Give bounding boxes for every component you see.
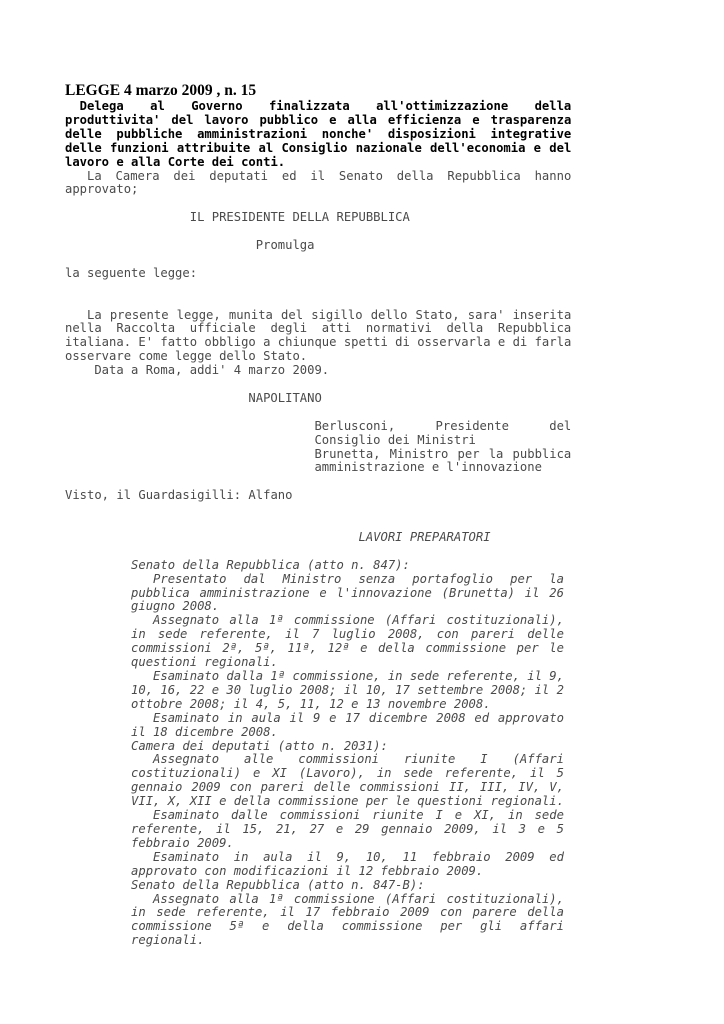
lavori-line: commissione 5ª e della commissione per g… <box>131 920 564 934</box>
lavori-line: approvato con modificazioni il 12 febbra… <box>131 865 564 879</box>
clause-line: La presente legge, munita del sigillo de… <box>65 309 571 323</box>
lavori-line: febbraio 2009. <box>131 837 564 851</box>
lavori-line: ottobre 2008; il 4, 5, 11, 12 e 13 novem… <box>131 698 564 712</box>
preamble-line: approvato; <box>65 183 571 197</box>
lavori-line: il 18 dicembre 2008. <box>131 726 564 740</box>
signature-line: Consiglio dei Ministri <box>314 434 571 448</box>
lavori-line: Presentato dal Ministro senza portafogli… <box>131 573 564 587</box>
approval-preamble: La Camera dei deputati ed il Senato dell… <box>65 170 571 198</box>
ministers-signatures: Berlusconi, Presidente del Consiglio dei… <box>314 420 571 476</box>
lavori-line: gennaio 2009 con pareri delle commission… <box>131 781 564 795</box>
signature-line: amministrazione e l'innovazione <box>314 461 571 475</box>
lavori-line: pubblica amministrazione e l'innovazione… <box>131 587 564 601</box>
lavori-line: in sede referente, il 7 luglio 2008, con… <box>131 628 564 642</box>
preamble-line: La Camera dei deputati ed il Senato dell… <box>65 170 571 184</box>
lavori-line: Senato della Repubblica (atto n. 847): <box>131 559 564 573</box>
law-title: LEGGE 4 marzo 2009 , n. 15 <box>65 82 256 99</box>
lavori-line: VII, X, XII e della commissione per le q… <box>131 795 564 809</box>
lavori-preparatori-heading: LAVORI PREPARATORI <box>65 531 571 545</box>
seguente-legge-line: la seguente legge: <box>65 267 571 281</box>
summary-line: lavoro e alla Corte dei conti. <box>65 156 571 170</box>
lavori-line: 10, 16, 22 e 30 luglio 2008; il 10, 17 s… <box>131 684 564 698</box>
signature-line: Berlusconi, Presidente del <box>314 420 571 434</box>
lavori-line: commissioni 2ª, 5ª, 11ª, 12ª e della com… <box>131 642 564 656</box>
lavori-line: in sede referente, il 17 febbraio 2009 c… <box>131 906 564 920</box>
promulga-formula: Promulga <box>65 239 571 253</box>
clause-line: osservare come legge dello Stato. <box>65 350 571 364</box>
summary-line: Delega al Governo finalizzata all'ottimi… <box>65 100 571 114</box>
summary-line: produttivita' del lavoro pubblico e alla… <box>65 114 571 128</box>
lavori-line: regionali. <box>131 934 564 948</box>
lavori-line: questioni regionali. <box>131 656 564 670</box>
law-body: Delega al Governo finalizzata all'ottimi… <box>65 100 571 948</box>
lavori-line: Esaminato in aula il 9 e 17 dicembre 200… <box>131 712 564 726</box>
lavori-line: Camera dei deputati (atto n. 2031): <box>131 740 564 754</box>
lavori-line: costituzionali) e XI (Lavoro), in sede r… <box>131 767 564 781</box>
signature-line: Brunetta, Ministro per la pubblica <box>314 448 571 462</box>
lavori-preparatori-section: Senato della Repubblica (atto n. 847): P… <box>131 559 564 948</box>
lavori-line: referente, il 15, 21, 27 e 29 gennaio 20… <box>131 823 564 837</box>
clause-line: italiana. E' fatto obbligo a chiunque sp… <box>65 336 571 350</box>
guardasigilli-line: Visto, il Guardasigilli: Alfano <box>65 489 571 503</box>
summary-line: delle pubbliche amministrazioni nonche' … <box>65 128 571 142</box>
president-signature: NAPOLITANO <box>65 392 571 406</box>
lavori-line: Senato della Repubblica (atto n. 847-B): <box>131 879 564 893</box>
lavori-line: Esaminato dalle commissioni riunite I e … <box>131 809 564 823</box>
date-line: Data a Roma, addi' 4 marzo 2009. <box>65 364 571 378</box>
lavori-line: Esaminato dalla 1ª commissione, in sede … <box>131 670 564 684</box>
lavori-line: Assegnato alla 1ª commissione (Affari co… <box>131 893 564 907</box>
document-page: LEGGE 4 marzo 2009 , n. 15 Delega al Gov… <box>0 0 724 1024</box>
lavori-line: Assegnato alla 1ª commissione (Affari co… <box>131 614 564 628</box>
clause-line: nella Raccolta ufficiale degli atti norm… <box>65 322 571 336</box>
summary-line: delle funzioni attribuite al Consiglio n… <box>65 142 571 156</box>
promulgation-clause: La presente legge, munita del sigillo de… <box>65 309 571 365</box>
lavori-line: Assegnato alle commissioni riunite I (Af… <box>131 753 564 767</box>
president-heading: IL PRESIDENTE DELLA REPUBBLICA <box>65 211 571 225</box>
lavori-line: giugno 2008. <box>131 600 564 614</box>
law-summary: Delega al Governo finalizzata all'ottimi… <box>65 100 571 170</box>
lavori-line: Esaminato in aula il 9, 10, 11 febbraio … <box>131 851 564 865</box>
